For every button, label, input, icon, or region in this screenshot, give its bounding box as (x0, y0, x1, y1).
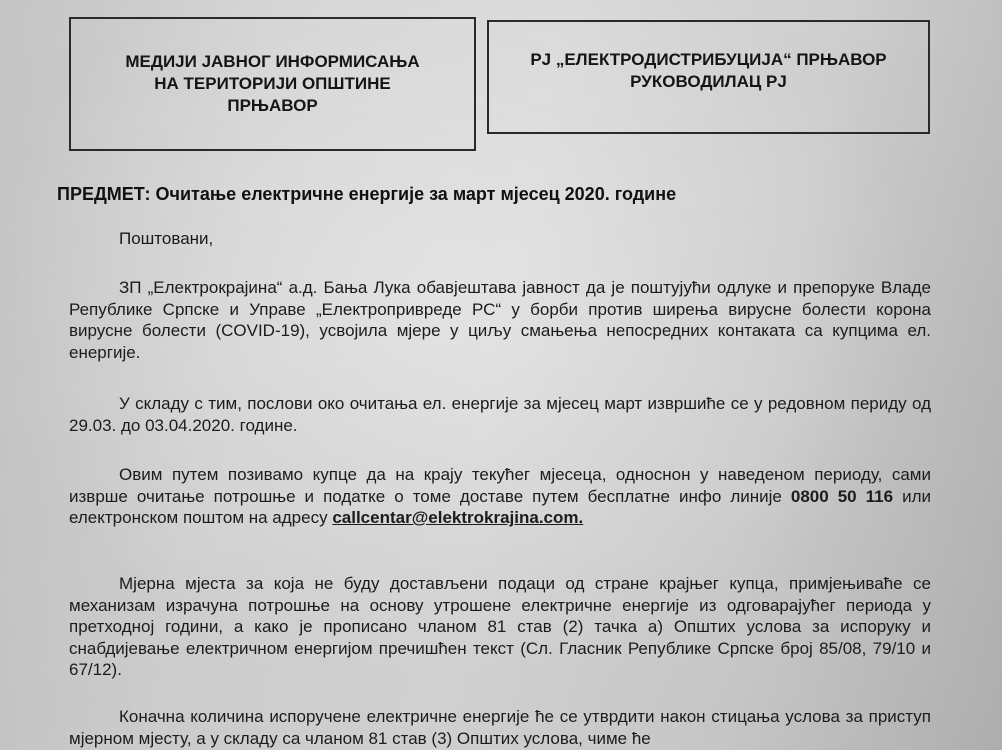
paragraph-self-reading: Овим путем позивамо купце да на крају те… (69, 464, 931, 529)
greeting: Поштовани, (119, 229, 213, 249)
sender-unit: РЈ „ЕЛЕКТРОДИСТРИБУЦИЈА“ ПРЊАВОР (530, 49, 886, 71)
recipient-text: МЕДИЈИ ЈАВНОГ ИНФОРМИСАЊА НА ТЕРИТОРИЈИ … (113, 51, 433, 117)
paragraph-final-quantity: Коначна количина испоручене електричне е… (69, 706, 931, 749)
paragraph-reading-period: У складу с тим, послови око очитања ел. … (69, 393, 931, 436)
recipient-box: МЕДИЈИ ЈАВНОГ ИНФОРМИСАЊА НА ТЕРИТОРИЈИ … (69, 17, 476, 151)
sender-box: РЈ „ЕЛЕКТРОДИСТРИБУЦИЈА“ ПРЊАВОР РУКОВОД… (487, 20, 930, 134)
info-phone-number: 0800 50 116 (791, 487, 893, 506)
paragraph-estimation: Мјерна мјеста за која не буду достављени… (69, 573, 931, 681)
paragraph-announcement: ЗП „Електрокрајина“ а.д. Бања Лука обавј… (69, 277, 931, 363)
email-link[interactable]: callcentar@elektrokrajina.com. (332, 508, 583, 527)
sender-role: РУКОВОДИЛАЦ РЈ (530, 71, 886, 93)
subject-line: ПРЕДМЕТ: Очитање електричне енергије за … (57, 184, 676, 205)
